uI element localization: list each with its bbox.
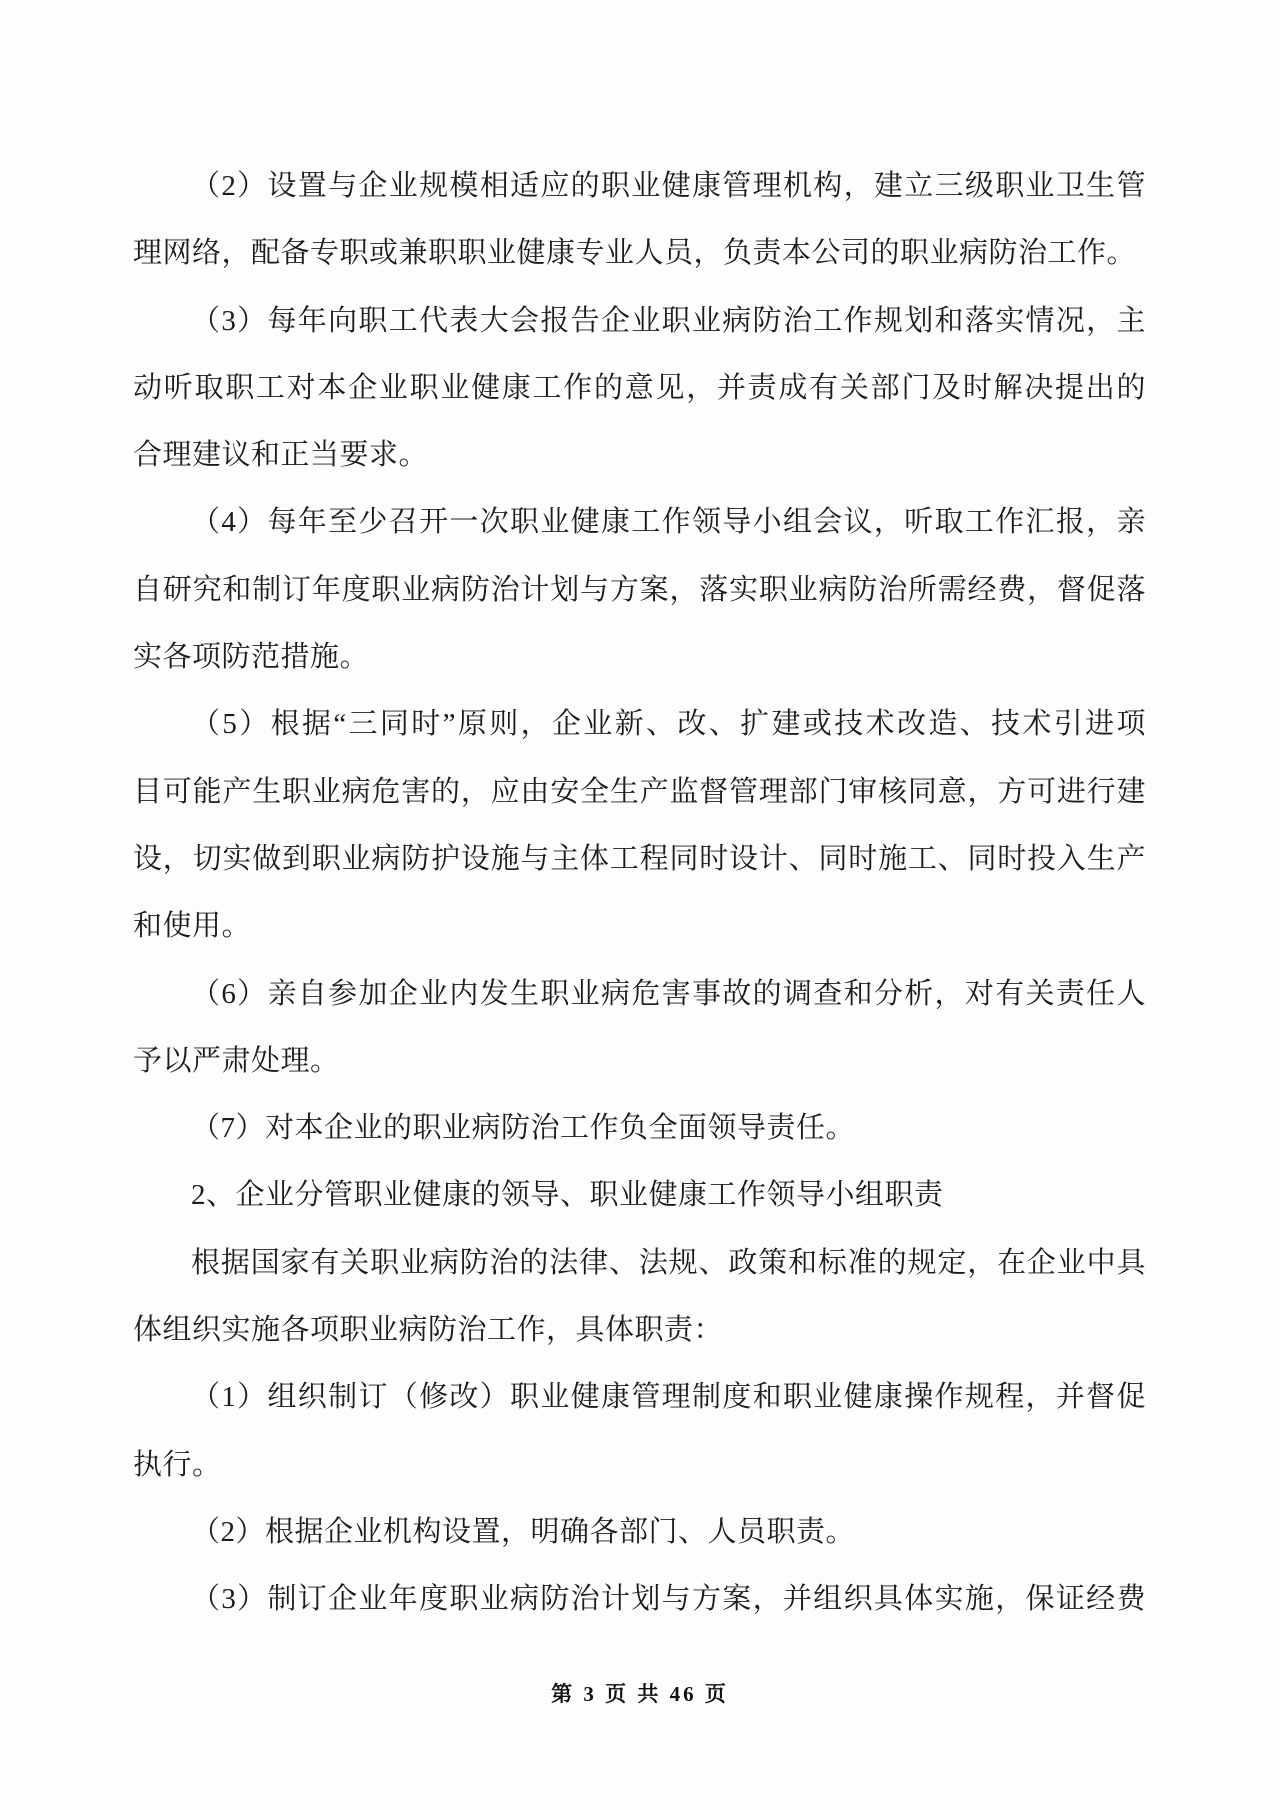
text-line: （2）设置与企业规模相适应的职业健康管理机构，建立三级职业卫生管 [133, 153, 1146, 220]
text-line: （4）每年至少召开一次职业健康工作领导小组会议，听取工作汇报，亲 [133, 489, 1146, 556]
page-footer: 第 3 页 共 46 页 [0, 1678, 1280, 1708]
text-line: 自研究和制订年度职业病防治计划与方案，落实职业病防治所需经费，督促落 [133, 557, 1146, 624]
text-line: 执行。 [133, 1432, 1146, 1499]
text-line: （2）根据企业机构设置，明确各部门、人员职责。 [133, 1499, 1146, 1566]
text-line: （3）每年向职工代表大会报告企业职业病防治工作规划和落实情况，主 [133, 288, 1146, 355]
text-line: 合理建议和正当要求。 [133, 422, 1146, 489]
text-line: 体组织实施各项职业病防治工作，具体职责： [133, 1297, 1146, 1364]
text-line: （6）亲自参加企业内发生职业病危害事故的调查和分析，对有关责任人 [133, 961, 1146, 1028]
text-line: 2、企业分管职业健康的领导、职业健康工作领导小组职责 [133, 1162, 1146, 1229]
text-line: 和使用。 [133, 893, 1146, 960]
text-line: （1）组织制订（修改）职业健康管理制度和职业健康操作规程，并督促 [133, 1364, 1146, 1431]
text-line: （5）根据“三同时”原则，企业新、改、扩建或技术改造、技术引进项 [133, 691, 1146, 758]
text-line: （3）制订企业年度职业病防治计划与方案，并组织具体实施，保证经费 [133, 1566, 1146, 1633]
text-line: 理网络，配备专职或兼职职业健康专业人员，负责本公司的职业病防治工作。 [133, 220, 1146, 287]
document-body: （2）设置与企业规模相适应的职业健康管理机构，建立三级职业卫生管理网络，配备专职… [133, 153, 1146, 1634]
text-line: 动听取职工对本企业职业健康工作的意见，并责成有关部门及时解决提出的 [133, 355, 1146, 422]
text-line: 根据国家有关职业病防治的法律、法规、政策和标准的规定，在企业中具 [133, 1230, 1146, 1297]
text-line: （7）对本企业的职业病防治工作负全面领导责任。 [133, 1095, 1146, 1162]
document-page: （2）设置与企业规模相适应的职业健康管理机构，建立三级职业卫生管理网络，配备专职… [0, 0, 1280, 1810]
text-line: 目可能产生职业病危害的，应由安全生产监督管理部门审核同意，方可进行建 [133, 759, 1146, 826]
text-line: 予以严肃处理。 [133, 1028, 1146, 1095]
text-line: 设，切实做到职业病防护设施与主体工程同时设计、同时施工、同时投入生产 [133, 826, 1146, 893]
text-line: 实各项防范措施。 [133, 624, 1146, 691]
